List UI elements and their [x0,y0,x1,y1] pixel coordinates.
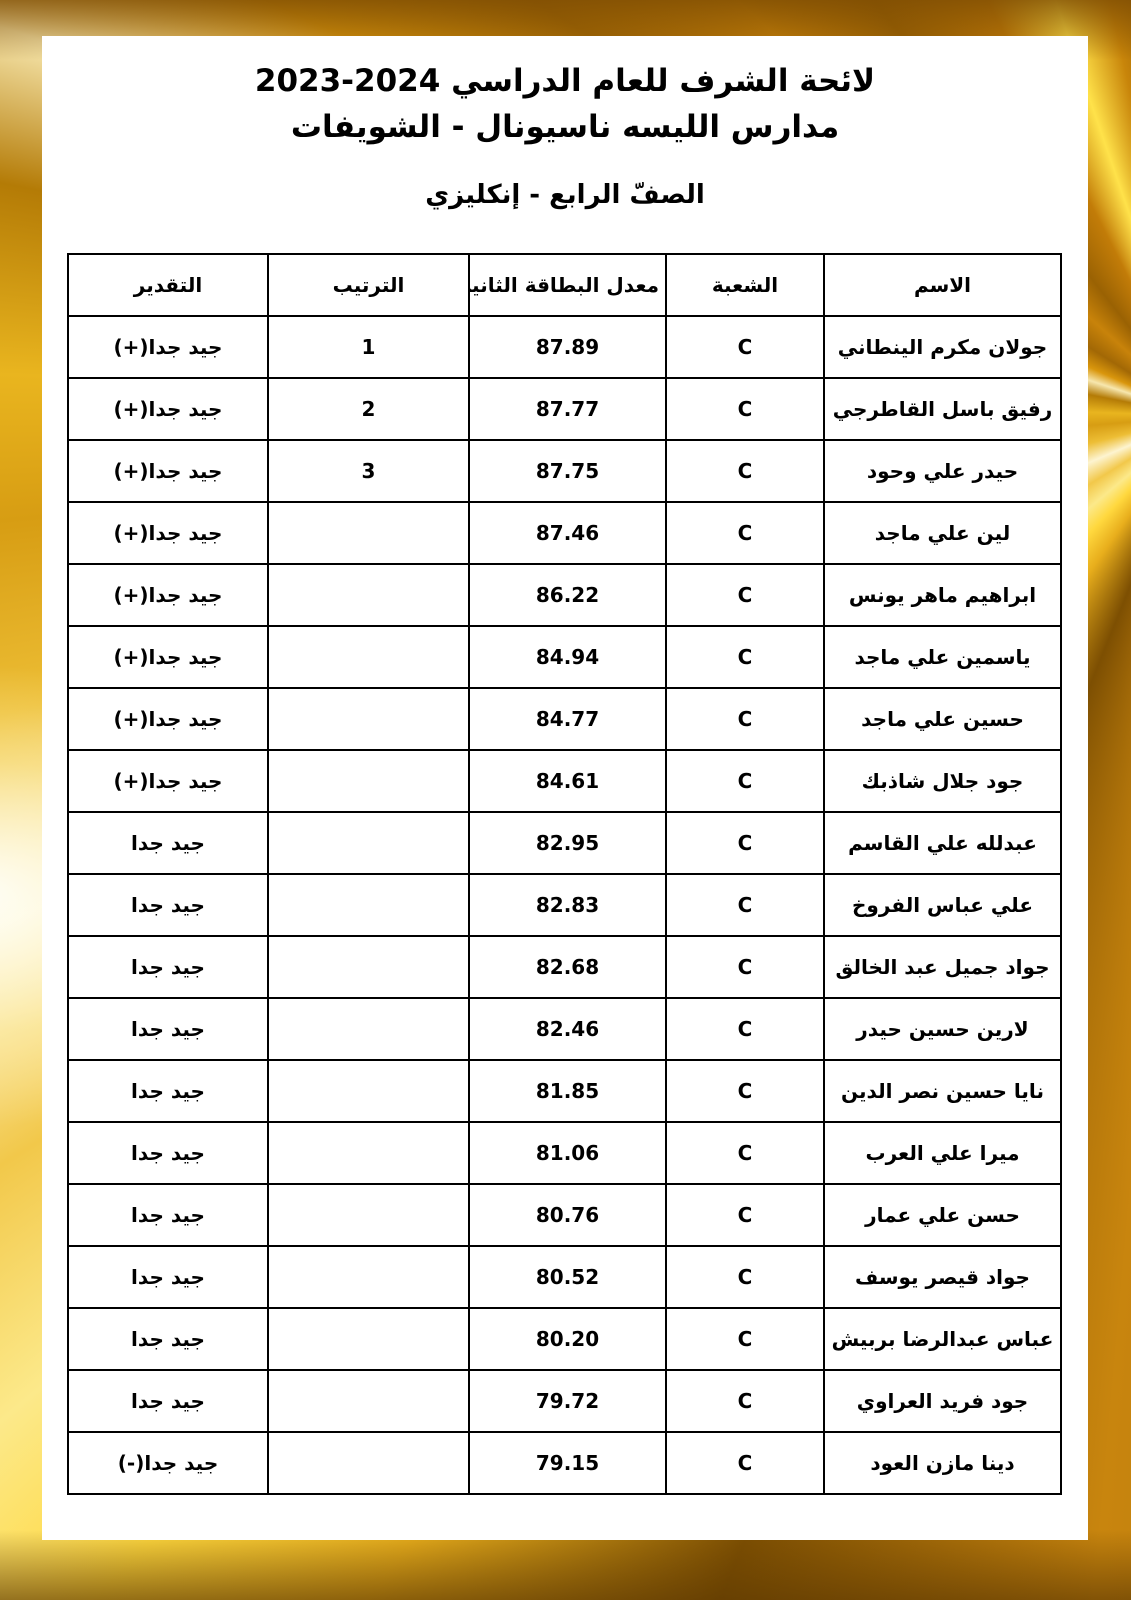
cell-average: 87.89 [469,316,666,378]
col-header-rank: الترتيب [268,254,469,316]
cell-rank [268,1370,469,1432]
cell-average: 80.52 [469,1246,666,1308]
cell-section: C [666,564,824,626]
cell-rank [268,1432,469,1494]
cell-average: 87.75 [469,440,666,502]
cell-rank [268,936,469,998]
cell-average: 84.61 [469,750,666,812]
cell-student-name: لارين حسين حيدر [824,998,1061,1060]
cell-student-name: حسن علي عمار [824,1184,1061,1246]
cell-student-name: عبدلله علي القاسم [824,812,1061,874]
cell-section: C [666,1122,824,1184]
cell-rank [268,1246,469,1308]
cell-student-name: ابراهيم ماهر يونس [824,564,1061,626]
cell-grade: جيد جدا [68,1308,268,1370]
cell-grade: جيد جدا [68,998,268,1060]
cell-section: C [666,936,824,998]
cell-student-name: جولان مكرم الينطاني [824,316,1061,378]
cell-section: C [666,316,824,378]
table-row: جواد قيصر يوسف C 80.52 جيد جدا [68,1246,1061,1308]
cell-grade: جيد جدا(-) [68,1432,268,1494]
table-row: نايا حسين نصر الدين C 81.85 جيد جدا [68,1060,1061,1122]
cell-section: C [666,688,824,750]
cell-section: C [666,378,824,440]
col-header-name: الاسم [824,254,1061,316]
table-row: جواد جميل عبد الخالق C 82.68 جيد جدا [68,936,1061,998]
cell-student-name: جود فريد العراوي [824,1370,1061,1432]
cell-student-name: جود جلال شاذبك [824,750,1061,812]
cell-average: 87.77 [469,378,666,440]
cell-rank [268,998,469,1060]
cell-student-name: ميرا علي العرب [824,1122,1061,1184]
cell-average: 82.46 [469,998,666,1060]
cell-grade: جيد جدا(+) [68,440,268,502]
cell-grade: جيد جدا [68,812,268,874]
cell-grade: جيد جدا [68,1370,268,1432]
cell-rank [268,812,469,874]
cell-student-name: لين علي ماجد [824,502,1061,564]
title-line-1: لائحة الشرف للعام الدراسي 2024-2023 [42,58,1088,104]
cell-rank: 3 [268,440,469,502]
cell-rank [268,1060,469,1122]
cell-section: C [666,626,824,688]
cell-average: 79.15 [469,1432,666,1494]
table-row: ابراهيم ماهر يونس C 86.22 جيد جدا(+) [68,564,1061,626]
cell-student-name: علي عباس الفروخ [824,874,1061,936]
cell-grade: جيد جدا(+) [68,378,268,440]
cell-rank [268,626,469,688]
table-row: جولان مكرم الينطاني C 87.89 1 جيد جدا(+) [68,316,1061,378]
cell-average: 82.95 [469,812,666,874]
table-row: دينا مازن العود C 79.15 جيد جدا(-) [68,1432,1061,1494]
cell-grade: جيد جدا [68,1246,268,1308]
cell-student-name: جواد قيصر يوسف [824,1246,1061,1308]
document-card: لائحة الشرف للعام الدراسي 2024-2023 مدار… [42,36,1088,1540]
table-row: لين علي ماجد C 87.46 جيد جدا(+) [68,502,1061,564]
cell-section: C [666,750,824,812]
cell-average: 79.72 [469,1370,666,1432]
cell-rank: 2 [268,378,469,440]
table-row: علي عباس الفروخ C 82.83 جيد جدا [68,874,1061,936]
cell-section: C [666,1246,824,1308]
table-row: ياسمين علي ماجد C 84.94 جيد جدا(+) [68,626,1061,688]
cell-rank [268,874,469,936]
cell-rank [268,750,469,812]
cell-grade: جيد جدا(+) [68,626,268,688]
document-title: لائحة الشرف للعام الدراسي 2024-2023 مدار… [42,36,1088,150]
table-row: لارين حسين حيدر C 82.46 جيد جدا [68,998,1061,1060]
table-row: عبدلله علي القاسم C 82.95 جيد جدا [68,812,1061,874]
cell-average: 84.94 [469,626,666,688]
cell-rank [268,688,469,750]
table-row: جود جلال شاذبك C 84.61 جيد جدا(+) [68,750,1061,812]
cell-average: 80.20 [469,1308,666,1370]
table-row: حسين علي ماجد C 84.77 جيد جدا(+) [68,688,1061,750]
class-subtitle: الصفّ الرابع - إنكليزي [42,180,1088,210]
cell-average: 86.22 [469,564,666,626]
cell-rank [268,502,469,564]
cell-average: 84.77 [469,688,666,750]
cell-section: C [666,874,824,936]
cell-average: 80.76 [469,1184,666,1246]
cell-rank [268,1308,469,1370]
table-row: جود فريد العراوي C 79.72 جيد جدا [68,1370,1061,1432]
cell-student-name: ياسمين علي ماجد [824,626,1061,688]
cell-grade: جيد جدا(+) [68,750,268,812]
cell-section: C [666,502,824,564]
cell-rank [268,1122,469,1184]
cell-section: C [666,440,824,502]
cell-grade: جيد جدا [68,874,268,936]
title-line-2: مدارس الليسه ناسيونال - الشويفات [42,104,1088,150]
cell-rank [268,564,469,626]
col-header-average: معدل البطاقة الثانية [469,254,666,316]
col-header-grade: التقدير [68,254,268,316]
cell-section: C [666,1370,824,1432]
cell-average: 81.85 [469,1060,666,1122]
cell-average: 87.46 [469,502,666,564]
table-row: ميرا علي العرب C 81.06 جيد جدا [68,1122,1061,1184]
cell-grade: جيد جدا(+) [68,316,268,378]
table-row: عباس عبدالرضا بربيش C 80.20 جيد جدا [68,1308,1061,1370]
cell-student-name: حيدر علي وحود [824,440,1061,502]
honor-roll-table: الاسم الشعبة معدل البطاقة الثانية الترتي… [67,253,1062,1495]
cell-average: 81.06 [469,1122,666,1184]
table-header-row: الاسم الشعبة معدل البطاقة الثانية الترتي… [68,254,1061,316]
cell-grade: جيد جدا [68,936,268,998]
cell-student-name: عباس عبدالرضا بربيش [824,1308,1061,1370]
cell-section: C [666,1184,824,1246]
cell-rank: 1 [268,316,469,378]
table-row: حسن علي عمار C 80.76 جيد جدا [68,1184,1061,1246]
cell-student-name: جواد جميل عبد الخالق [824,936,1061,998]
cell-section: C [666,812,824,874]
cell-grade: جيد جدا(+) [68,564,268,626]
cell-grade: جيد جدا(+) [68,502,268,564]
cell-student-name: دينا مازن العود [824,1432,1061,1494]
cell-grade: جيد جدا [68,1184,268,1246]
cell-student-name: رفيق باسل القاطرجي [824,378,1061,440]
cell-average: 82.83 [469,874,666,936]
honor-table-body: جولان مكرم الينطاني C 87.89 1 جيد جدا(+)… [68,316,1061,1494]
cell-rank [268,1184,469,1246]
cell-section: C [666,1308,824,1370]
table-row: حيدر علي وحود C 87.75 3 جيد جدا(+) [68,440,1061,502]
cell-grade: جيد جدا(+) [68,688,268,750]
table-row: رفيق باسل القاطرجي C 87.77 2 جيد جدا(+) [68,378,1061,440]
cell-section: C [666,1060,824,1122]
cell-grade: جيد جدا [68,1060,268,1122]
golden-background: لائحة الشرف للعام الدراسي 2024-2023 مدار… [0,0,1131,1600]
cell-section: C [666,998,824,1060]
cell-section: C [666,1432,824,1494]
cell-student-name: نايا حسين نصر الدين [824,1060,1061,1122]
cell-average: 82.68 [469,936,666,998]
col-header-section: الشعبة [666,254,824,316]
cell-student-name: حسين علي ماجد [824,688,1061,750]
cell-grade: جيد جدا [68,1122,268,1184]
